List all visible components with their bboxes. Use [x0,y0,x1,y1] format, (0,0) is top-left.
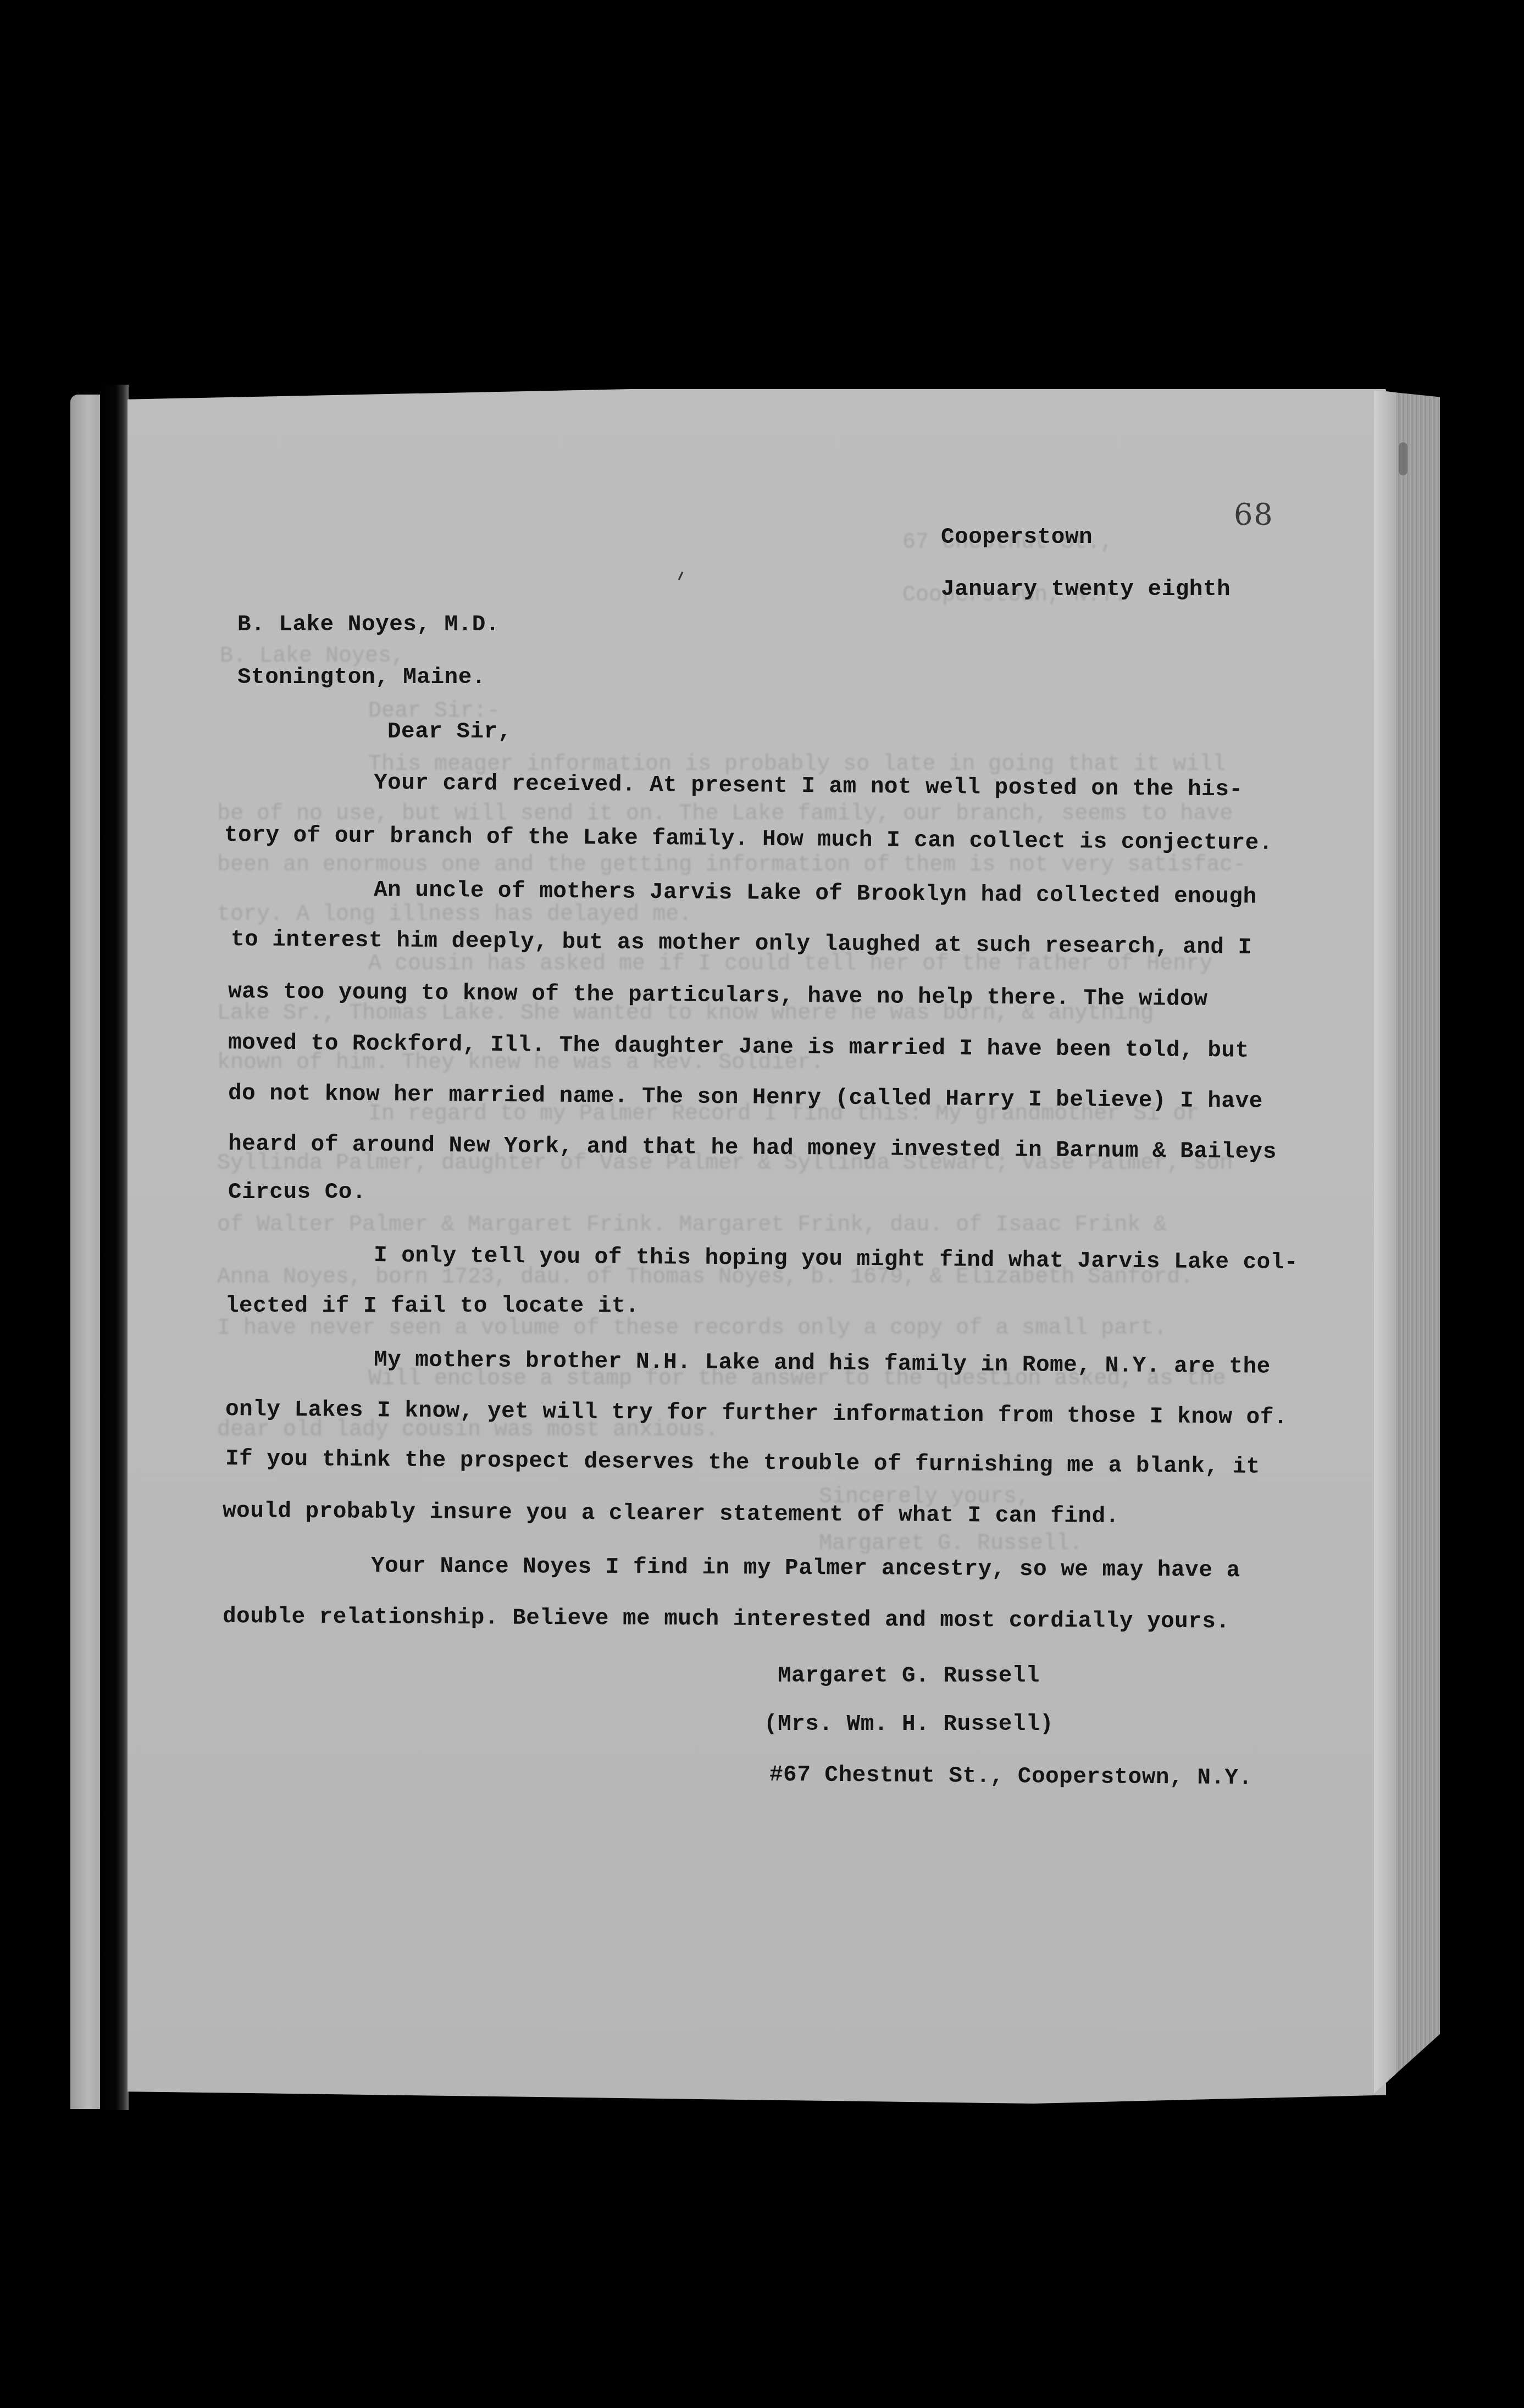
ghost-line: be of no use, but will send it on. The L… [217,803,1233,825]
body-line: would probably insure you a clearer stat… [223,1500,1120,1528]
signature-name: Margaret G. Russell [778,1665,1040,1688]
page-number: 68 [1234,497,1274,532]
book-gutter [100,385,129,2110]
ghost-line: Margaret G. Russell. [819,1533,1083,1555]
heading-place: Cooperstown [941,526,1093,549]
recipient-location: Stonington, Maine. [237,667,486,689]
page-tab-mark [1399,442,1407,475]
body-line: Circus Co. [228,1181,366,1204]
previous-page-edge [70,395,100,2109]
body-line: Your Nance Noyes I find in my Palmer anc… [371,1555,1240,1582]
heading-date: January twenty eighth [941,579,1231,601]
ghost-line: been an enormous one and the getting inf… [217,855,1246,876]
page-stack-edge [1374,390,1440,2094]
ghost-line: B. Lake Noyes, [220,646,404,668]
body-line: double relationship. Believe me much int… [223,1606,1230,1634]
signature-formal-name: (Mrs. Wm. H. Russell) [764,1713,1054,1736]
body-line: lected if I fail to locate it. [225,1295,639,1318]
salutation: Dear Sir, [387,721,512,744]
recipient-name: B. Lake Noyes, M.D. [237,614,500,636]
ghost-line: of Walter Palmer & Margaret Frink. Marga… [217,1214,1167,1236]
ghost-line: I have never seen a volume of these reco… [217,1318,1167,1340]
signature-address: #67 Chestnut St., Cooperstown, N.Y. [769,1764,1253,1790]
ghost-line: tory. A long illness has delayed me. [217,904,692,926]
